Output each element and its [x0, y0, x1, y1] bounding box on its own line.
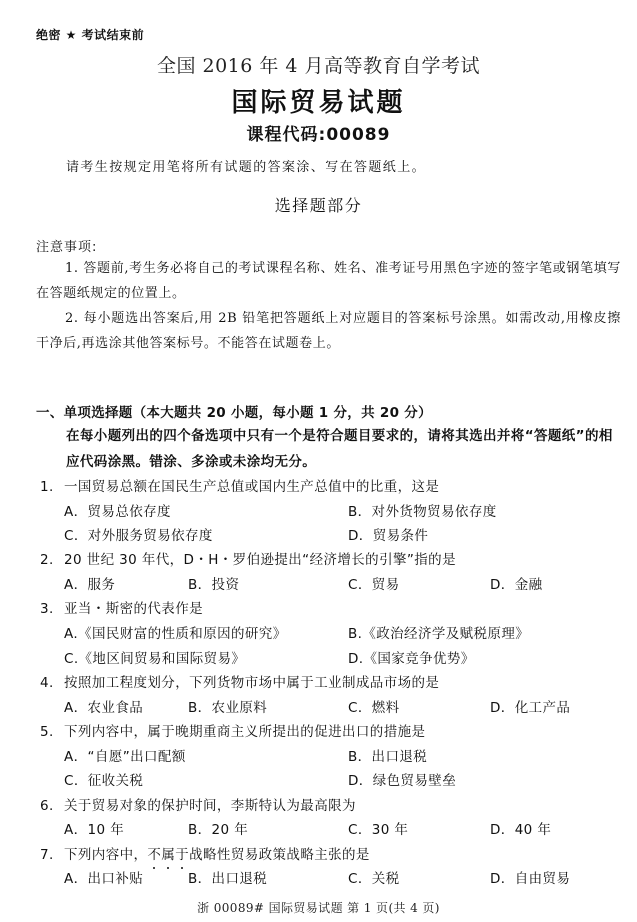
q4-option-c: C．燃料 [348, 696, 400, 716]
question-number: 7. [40, 847, 64, 863]
emphasis-char: 属 [161, 847, 175, 863]
q3-option-d: D.《国家竞争优势》 [348, 647, 475, 667]
q5-option-d: D．绿色贸易壁垒 [348, 769, 456, 789]
q5-option-c: C．征收关税 [64, 769, 143, 789]
question-number: 6. [40, 798, 64, 814]
q5-option-b: B．出口退税 [348, 745, 427, 765]
q3-option-a: A.《国民财富的性质和原因的研究》 [64, 622, 287, 642]
question-stem: 下列内容中，属于晚期重商主义所提出的促进出口的措施是 [64, 724, 425, 740]
question-6: 6.关于贸易对象的保护时间，李斯特认为最高限为 [40, 794, 356, 814]
question-number: 3. [40, 601, 64, 617]
confidential-label: 绝密 ★ 考试结束前 [36, 26, 144, 43]
question-stem-prefix: 下列内容中， [64, 847, 147, 863]
question-stem: 亚当・斯密的代表作是 [64, 601, 203, 617]
page-footer: 浙 00089# 国际贸易试题 第 1 页(共 4 页) [0, 899, 637, 916]
q2-option-c: C．贸易 [348, 573, 400, 593]
q6-option-a: A．10 年 [64, 818, 124, 838]
general-instruction: 请考生按规定用笔将所有试题的答案涂、写在答题纸上。 [66, 156, 426, 175]
question-3: 3.亚当・斯密的代表作是 [40, 597, 203, 617]
notes-heading: 注意事项: [36, 236, 97, 255]
note-item-1: 1. 答题前,考生务必将自己的考试课程名称、姓名、准考证号用黑色字迹的签字笔或钢… [36, 256, 621, 306]
q7-option-a: A．出口补贴 [64, 867, 143, 887]
part-title: 选择题部分 [0, 193, 637, 216]
q6-option-b: B．20 年 [188, 818, 248, 838]
course-code: 课程代码:00089 [0, 120, 637, 145]
question-1: 1.一国贸易总额在国民生产总值或国内生产总值中的比重，这是 [40, 475, 439, 495]
q1-option-b: B．对外货物贸易依存度 [348, 500, 497, 520]
q4-option-a: A．农业食品 [64, 696, 143, 716]
q3-option-b: B.《政治经济学及赋税原理》 [348, 622, 529, 642]
q7-option-c: C．关税 [348, 867, 400, 887]
emphasis-char: 于 [175, 847, 189, 863]
question-number: 5. [40, 724, 64, 740]
subject-title: 国际贸易试题 [0, 82, 637, 119]
note-item-2: 2. 每小题选出答案后,用 2B 铅笔把答题纸上对应题目的答案标号涂黑。如需改动… [36, 306, 621, 356]
section-heading: 一、单项选择题（本大题共 20 小题，每小题 1 分，共 20 分） [36, 401, 432, 421]
q6-option-c: C．30 年 [348, 818, 408, 838]
question-number: 1. [40, 479, 64, 495]
q4-option-b: B．农业原料 [188, 696, 267, 716]
q1-option-a: A．贸易总依存度 [64, 500, 171, 520]
emphasis-char: 不 [147, 847, 161, 863]
q2-option-a: A．服务 [64, 573, 115, 593]
q3-option-c: C.《地区间贸易和国际贸易》 [64, 647, 245, 667]
q2-option-d: D．金融 [490, 573, 543, 593]
q7-option-b: B．出口退税 [188, 867, 267, 887]
exam-title: 全国 2016 年 4 月高等教育自学考试 [0, 51, 637, 78]
q4-option-d: D．化工产品 [490, 696, 570, 716]
question-7: 7.下列内容中，不属于战略性贸易政策战略主张的是 [40, 843, 370, 863]
q7-option-d: D．自由贸易 [490, 867, 570, 887]
question-stem: 关于贸易对象的保护时间，李斯特认为最高限为 [64, 798, 356, 814]
question-stem-suffix: 战略性贸易政策战略主张的是 [189, 847, 370, 863]
question-stem: 按照加工程度划分，下列货物市场中属于工业制成品市场的是 [64, 675, 439, 691]
question-stem: 一国贸易总额在国民生产总值或国内生产总值中的比重，这是 [64, 479, 439, 495]
section-description: 在每小题列出的四个备选项中只有一个是符合题目要求的，请将其选出并将“答题纸”的相… [66, 423, 626, 475]
q2-option-b: B．投资 [188, 573, 239, 593]
q5-option-a: A．“自愿”出口配额 [64, 745, 186, 765]
question-2: 2.20 世纪 30 年代，D・H・罗伯逊提出“经济增长的引擎”指的是 [40, 548, 456, 568]
question-5: 5.下列内容中，属于晚期重商主义所提出的促进出口的措施是 [40, 720, 425, 740]
q1-option-d: D．贸易条件 [348, 524, 428, 544]
question-4: 4.按照加工程度划分，下列货物市场中属于工业制成品市场的是 [40, 671, 439, 691]
question-number: 2. [40, 552, 64, 568]
question-number: 4. [40, 675, 64, 691]
q1-option-c: C．对外服务贸易依存度 [64, 524, 213, 544]
q6-option-d: D．40 年 [490, 818, 551, 838]
question-stem: 20 世纪 30 年代，D・H・罗伯逊提出“经济增长的引擎”指的是 [64, 552, 456, 568]
